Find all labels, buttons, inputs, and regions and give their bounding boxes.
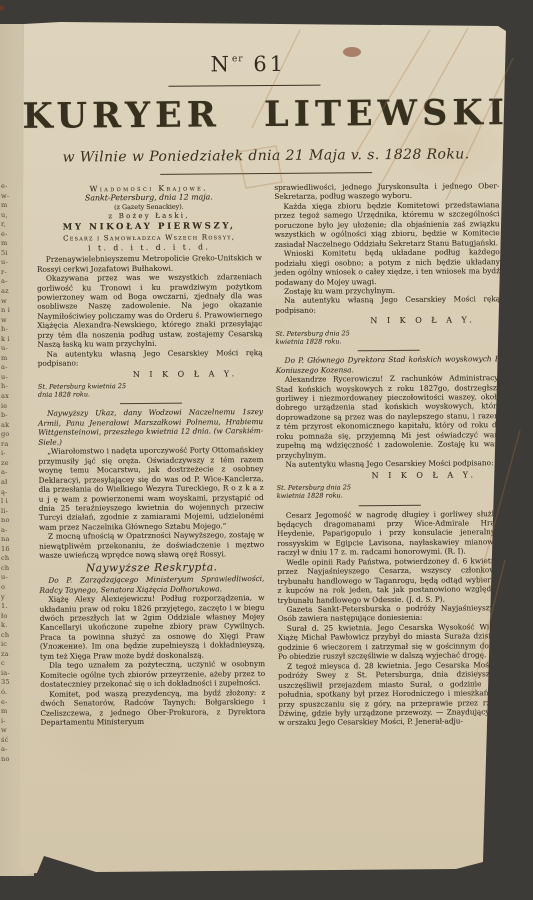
text-block: Z mocną ufnością w Opatrzności Naywyższe…: [39, 530, 264, 560]
text-block: Surał d. 25 kwietnia. Jego Cesarska Wyso…: [278, 622, 503, 662]
newspaper-title: KURYER LITEWSKI: [21, 92, 511, 137]
text-block: Każda xięga zbioru będzie Komitetowi prz…: [274, 200, 499, 249]
text-block: MY NIKOŁAY PIERWSZY,: [37, 222, 262, 233]
text-block: Na autentyku własną Jego Cesarskiey Mośc…: [276, 458, 501, 469]
text-block: Komitet, pod waszą prezydencyą, ma bydź …: [40, 688, 265, 728]
text-block: Cesarz i Samowładzca Wszech Rossyy,: [37, 232, 262, 243]
scan-background: { "masthead": { "issue_prefix": "N", "is…: [0, 0, 533, 900]
text-block: Cesarz Jegomość w nagrodę długiey i gorl…: [277, 509, 502, 558]
article-columns: Wiadomości Krajowe.Sankt-Petersburg, dni…: [21, 172, 515, 730]
separator-rule: [119, 403, 181, 404]
text-block: Dla tego uznałem za pożyteczną, uczynić …: [40, 659, 265, 689]
text-block: Wnioski Komitetu będą układane podług ka…: [275, 247, 500, 287]
text-block: Z tegoż mieysca d. 28 kwietnia. Jego Ces…: [278, 660, 504, 728]
separator-rule: [357, 350, 419, 351]
text-block: sprawiedliwości, jednego Juryskonsulta i…: [274, 181, 499, 202]
issue-prefix: N: [211, 52, 233, 76]
text-block: St. Petersburg dnia 25 kwietnia 1828 rok…: [275, 329, 367, 346]
newspaper-page: Ner 61 KURYER LITEWSKI w Wilnie w Ponied…: [20, 22, 510, 875]
separator-rule: [358, 504, 420, 505]
masthead-rule-top: [168, 85, 320, 87]
text-block: N I K O Ł A Y.: [277, 470, 502, 481]
right-column: sprawiedliwości, jednego Juryskonsulta i…: [274, 181, 503, 728]
text-block: N I K O Ł A Y.: [275, 316, 500, 327]
text-block: Wedle opinii Rady Państwa, potwierdzoney…: [277, 556, 502, 605]
issue-value: 61: [253, 52, 286, 76]
masthead: Ner 61 KURYER LITEWSKI w Wilnie w Ponied…: [20, 20, 511, 176]
text-block: „Wiarołomstwo i nadęta uporczywość Porty…: [38, 445, 264, 532]
text-block: i t. d. i t. d. i t. d.: [37, 242, 262, 253]
text-block: Okazywana przez was we wszystkich zdarze…: [37, 272, 263, 349]
text-block: Alexandrze Rycerowiczu! Z rachunków Admi…: [276, 373, 502, 460]
text-block: Do P. Głównego Dyrektora Stad końskich w…: [276, 354, 501, 375]
text-block: St. Petersburg dnia 25 kwietnia 1828 rok…: [277, 483, 369, 500]
text-block: N I K O Ł A Y.: [38, 369, 263, 380]
text-block: Na autentyku własną Jego Cesarskiey Mośc…: [275, 295, 500, 316]
page-content: Ner 61 KURYER LITEWSKI w Wilnie w Ponied…: [20, 20, 516, 730]
text-block: Naywyższy Ukaz, dany Wodzowi Naczelnemu …: [38, 407, 263, 447]
text-block: St. Petersburg kwietnia 25 dnia 1828 rok…: [38, 382, 130, 399]
text-block: Na autentyku własną Jego Cesarskiey Mośc…: [38, 348, 263, 369]
text-block: Naywyższe Reskrypta.: [39, 563, 264, 574]
issue-number: Ner 61: [20, 50, 510, 78]
issue-superscript: er: [232, 54, 244, 64]
left-column: Wiadomości Krajowe.Sankt-Petersburg, dni…: [36, 183, 265, 730]
text-block: Gazeta Sankt-Petersburska o podróży Nayj…: [278, 603, 503, 624]
text-block: Xiążę Alexy Alexiejewiczu! Podług rozpor…: [39, 593, 265, 661]
dateline: w Wilnie w Poniedziałek dnia 21 Maja v. …: [21, 146, 511, 166]
text-block: Do P. Zarządzającego Ministeryum Sprawie…: [39, 574, 264, 595]
text-block: Przenaywielebnieyszemu Metropolicie Grek…: [37, 253, 262, 274]
